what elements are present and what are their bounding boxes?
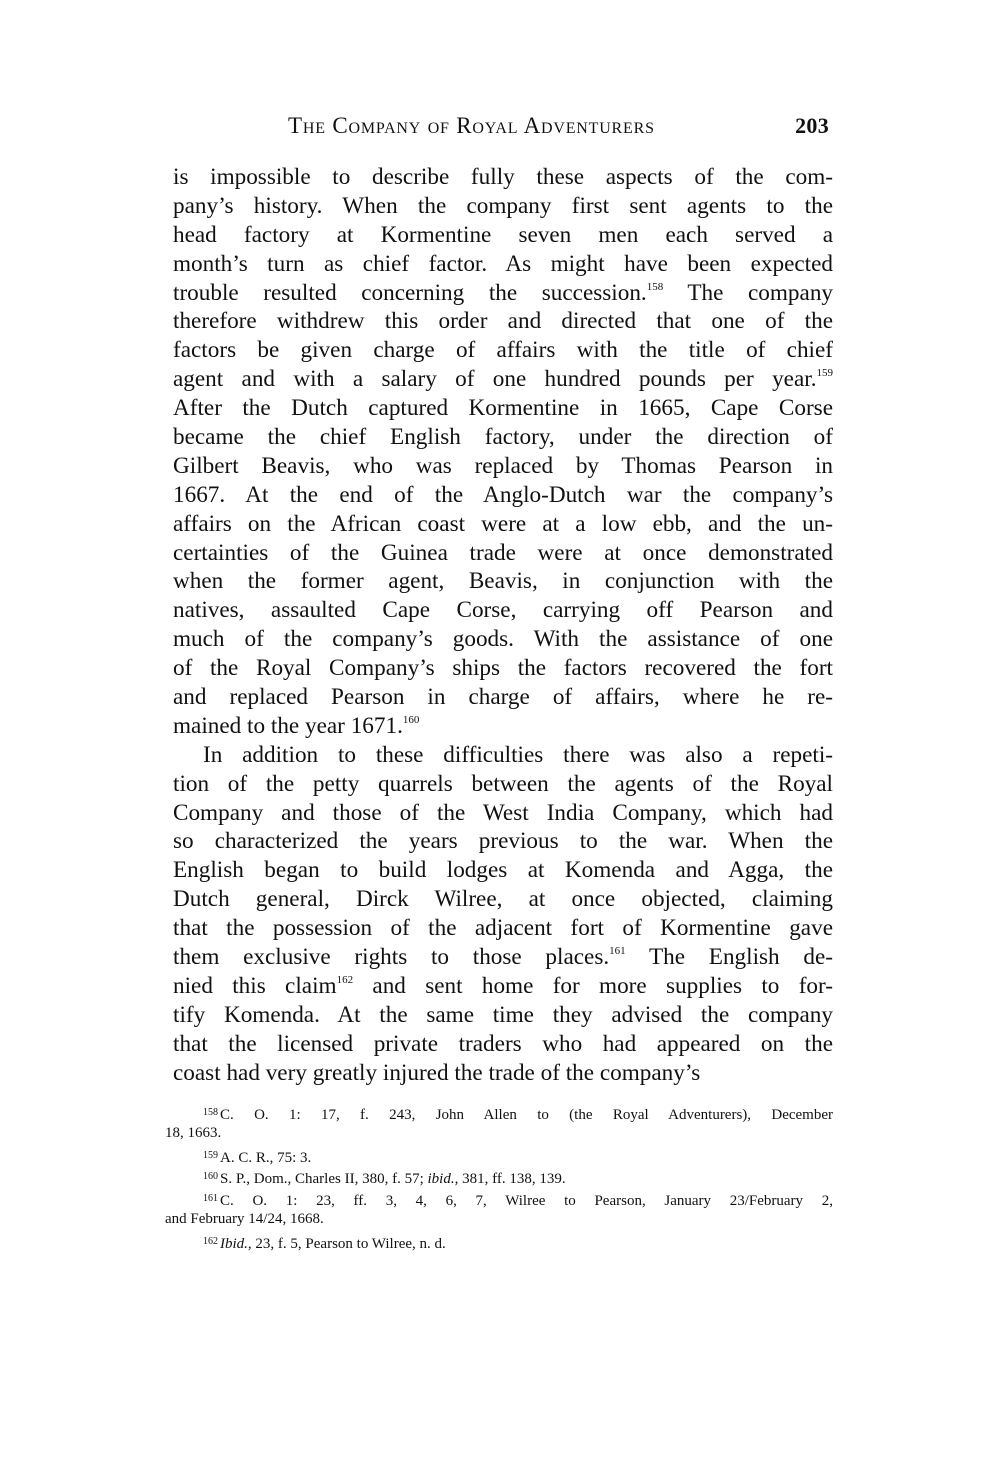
text-line: Gilbert Beavis, who was replaced by Thom… [173, 452, 833, 481]
text-line: nied this claim162 and sent home for mor… [173, 972, 833, 1001]
footnote-line: 162Ibid., 23, f. 5, Pearson to Wilree, n… [173, 1231, 833, 1253]
footnote-number: 159 [203, 1150, 218, 1161]
footnote-line: 159A. C. R., 75: 3. [173, 1145, 833, 1167]
footnote-line: 18, 1663. [165, 1123, 833, 1145]
footnote-reference[interactable]: 160 [403, 714, 420, 726]
footnote-line: 160S. P., Dom., Charles II, 380, f. 57; … [173, 1166, 833, 1188]
footnote-number: 160 [203, 1171, 218, 1182]
book-page: The Company of Royal Adventurers 203 is … [173, 113, 833, 1252]
page-number: 203 [795, 113, 829, 139]
text-line: became the chief English factory, under … [173, 423, 833, 452]
text-line: certainties of the Guinea trade were at … [173, 539, 833, 568]
text-line: trouble resulted concerning the successi… [173, 279, 833, 308]
text-line: month’s turn as chief factor. As might h… [173, 250, 833, 279]
text-line: 1667. At the end of the Anglo-Dutch war … [173, 481, 833, 510]
text-line: them exclusive rights to those places.16… [173, 943, 833, 972]
footnote-line: and February 14/24, 1668. [165, 1209, 833, 1231]
text-line: natives, assaulted Cape Corse, carrying … [173, 596, 833, 625]
text-line: tion of the petty quarrels between the a… [173, 770, 833, 799]
text-line: mained to the year 1671.160 [173, 712, 833, 741]
text-line: so characterized the years previous to t… [173, 827, 833, 856]
footnote-reference[interactable]: 159 [817, 367, 834, 379]
text-line: and replaced Pearson in charge of affair… [173, 683, 833, 712]
text-line: that the licensed private traders who ha… [173, 1030, 833, 1059]
text-line: therefore withdrew this order and direct… [173, 307, 833, 336]
text-line: Dutch general, Dirck Wilree, at once obj… [173, 885, 833, 914]
footnotes: 158C. O. 1: 17, f. 243, John Allen to (t… [173, 1102, 833, 1253]
text-line: of the Royal Company’s ships the factors… [173, 654, 833, 683]
text-line: head factory at Kormentine seven men eac… [173, 221, 833, 250]
text-line: that the possession of the adjacent fort… [173, 914, 833, 943]
text-line: affairs on the African coast were at a l… [173, 510, 833, 539]
text-line: After the Dutch captured Kormentine in 1… [173, 394, 833, 423]
footnote-number: 158 [203, 1107, 218, 1118]
running-title: The Company of Royal Adventurers [288, 113, 655, 139]
paragraph-2: In addition to these difficulties there … [173, 741, 833, 1088]
text-line: Company and those of the West India Comp… [173, 799, 833, 828]
body-text: is impossible to describe fully these as… [173, 163, 833, 1088]
text-line: when the former agent, Beavis, in conjun… [173, 567, 833, 596]
text-line: agent and with a salary of one hundred p… [173, 365, 833, 394]
footnote-reference[interactable]: 162 [337, 974, 354, 986]
paragraph-1: is impossible to describe fully these as… [173, 163, 833, 741]
text-line: English began to build lodges at Komenda… [173, 856, 833, 885]
footnote-number: 162 [203, 1236, 218, 1247]
text-line: coast had very greatly injured the trade… [173, 1059, 833, 1088]
text-line: is impossible to describe fully these as… [173, 163, 833, 192]
text-line: factors be given charge of affairs with … [173, 336, 833, 365]
footnote-reference[interactable]: 161 [609, 945, 626, 957]
text-line: In addition to these difficulties there … [173, 741, 833, 770]
footnote-line: 161C. O. 1: 23, ff. 3, 4, 6, 7, Wilree t… [173, 1188, 833, 1210]
text-line: tify Komenda. At the same time they advi… [173, 1001, 833, 1030]
footnote-number: 161 [203, 1193, 218, 1204]
footnote-line: 158C. O. 1: 17, f. 243, John Allen to (t… [173, 1102, 833, 1124]
text-line: much of the company’s goods. With the as… [173, 625, 833, 654]
running-head: The Company of Royal Adventurers 203 [173, 113, 833, 147]
text-line: pany’s history. When the company first s… [173, 192, 833, 221]
footnote-reference[interactable]: 158 [647, 281, 664, 293]
